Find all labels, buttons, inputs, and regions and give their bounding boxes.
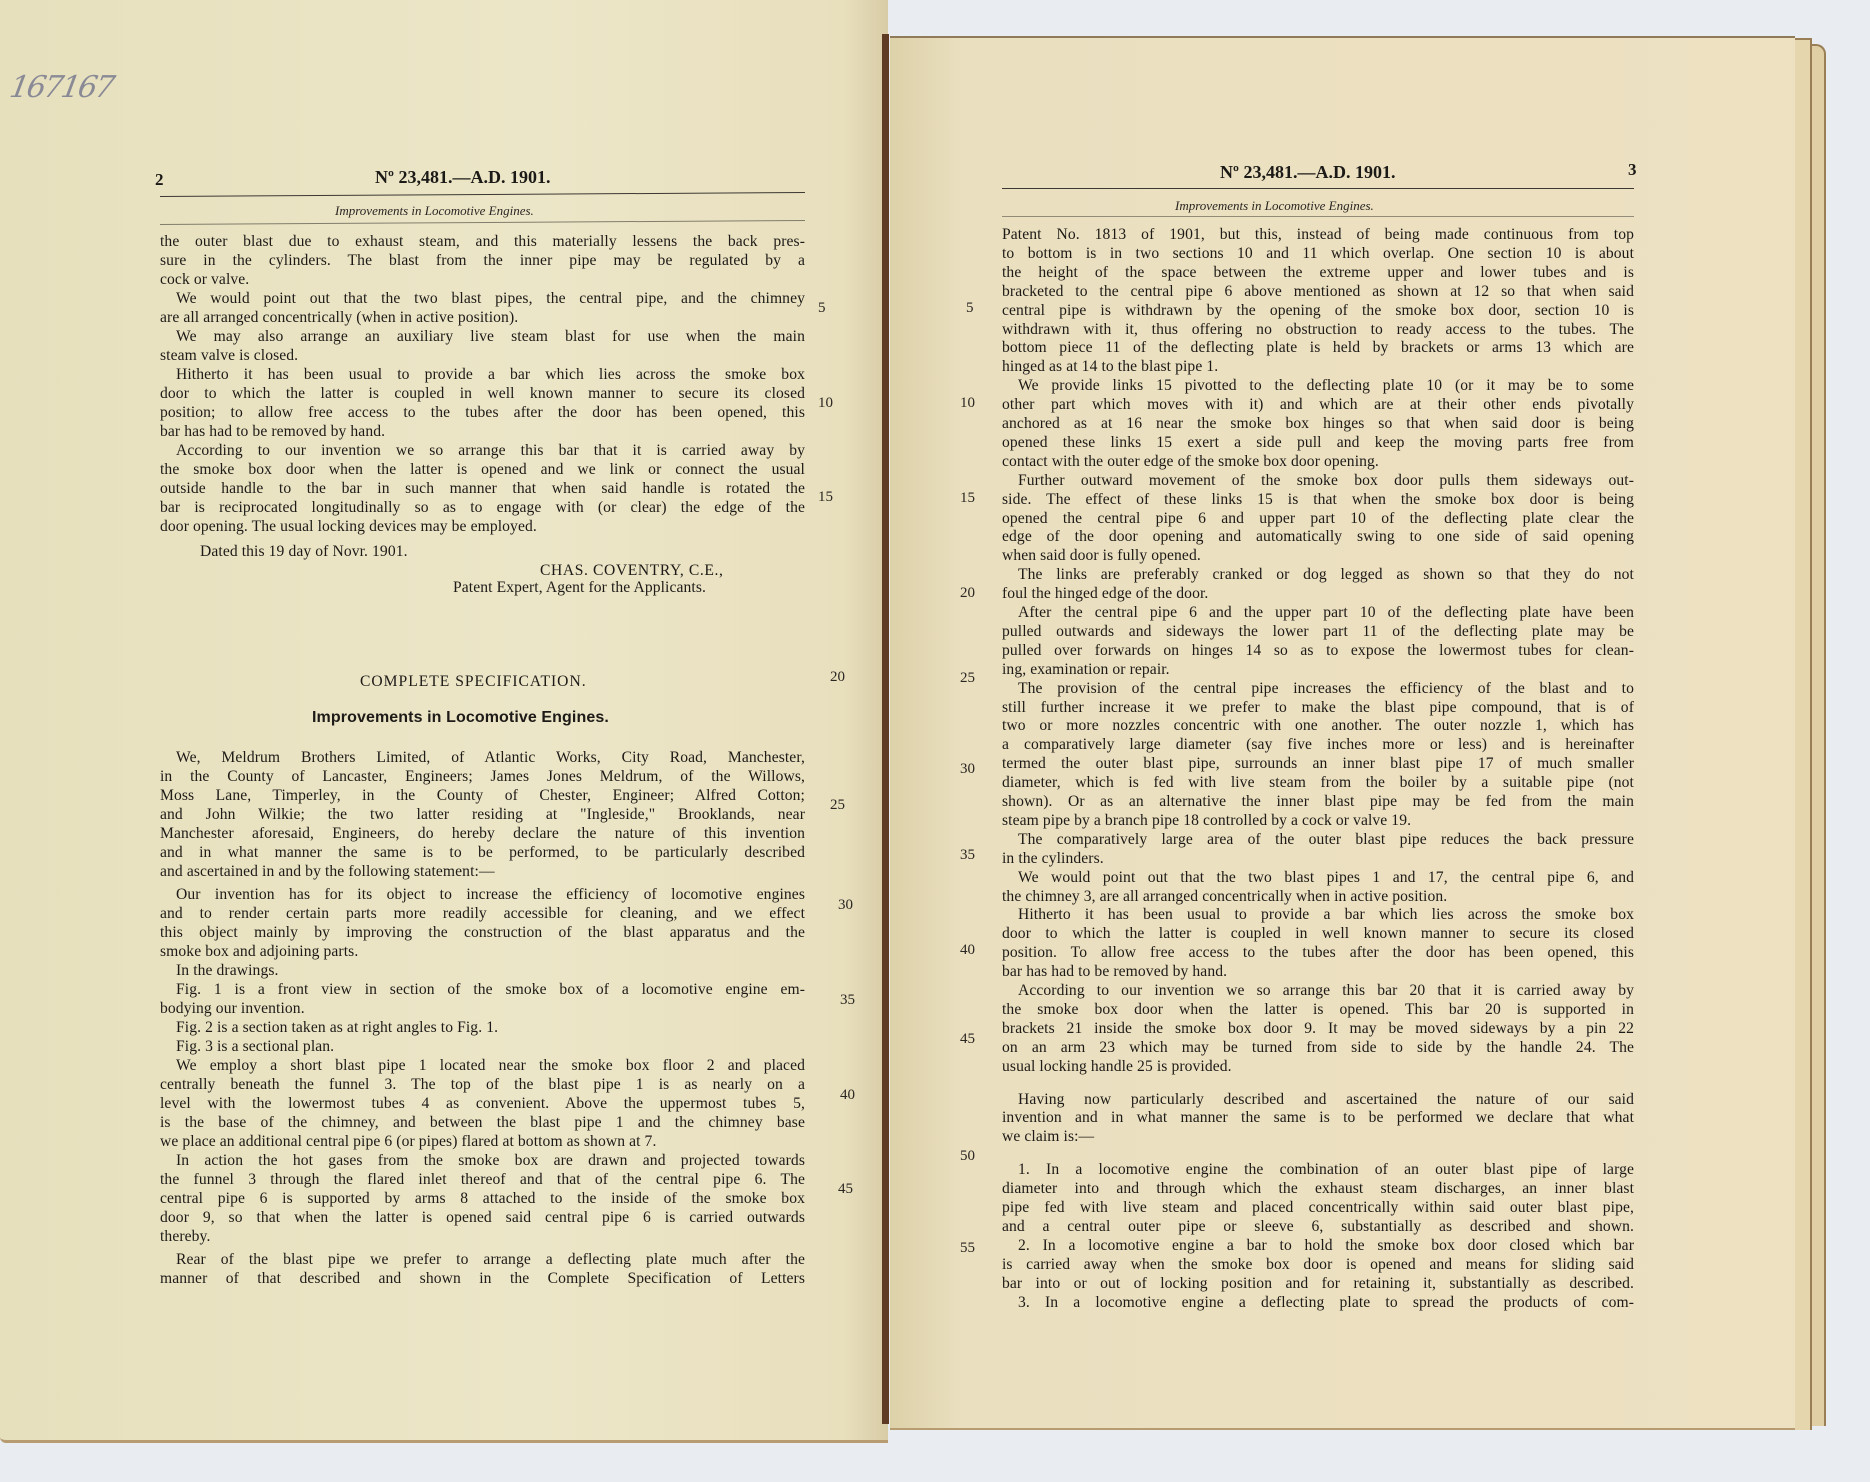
line-number: 20	[960, 585, 975, 602]
line-number: 40	[840, 1087, 855, 1104]
spec-line: and ascertained in and by the following …	[160, 862, 495, 881]
spec-line: In the drawings.	[176, 961, 279, 980]
signature-title: Patent Expert, Agent for the Applicants.	[453, 578, 706, 597]
body-line: We would point out that the two blast pi…	[176, 289, 805, 308]
claim-line: diameter into and through which the exha…	[1002, 1179, 1634, 1198]
body-line: brackets 21 inside the smoke box door 9.…	[1002, 1019, 1634, 1038]
spec-line: Our invention has for its object to incr…	[176, 885, 805, 904]
body-line: door to which the latter is coupled in w…	[160, 384, 805, 403]
spec-line: central pipe 6 is supported by arms 8 at…	[160, 1189, 805, 1208]
spec-line: and to render certain parts more readily…	[160, 904, 805, 923]
claim-line: and a central outer pipe or sleeve 6, su…	[1002, 1217, 1634, 1236]
line-number: 50	[960, 1148, 975, 1165]
spec-line: smoke box and adjoining parts.	[160, 942, 358, 961]
header-rule	[1002, 188, 1634, 189]
body-line: sure in the cylinders. The blast from th…	[160, 251, 805, 270]
page-subheader: Improvements in Locomotive Engines.	[1175, 198, 1374, 214]
body-line: opened the central pipe 6 and upper part…	[1002, 509, 1634, 528]
spec-line: door 9, so that when the latter is opene…	[160, 1208, 805, 1227]
spec-line: level with the lowermost tubes 4 as conv…	[160, 1094, 805, 1113]
body-line: Hitherto it has been usual to provide a …	[176, 365, 805, 384]
claim-line: is carried away when the smoke box door …	[1002, 1255, 1634, 1274]
body-line: cock or valve.	[160, 270, 249, 289]
body-line: in the cylinders.	[1002, 849, 1104, 868]
claims-intro-line: invention and in what manner the same is…	[1002, 1108, 1634, 1127]
line-number: 5	[818, 300, 826, 317]
claim-line: 2. In a locomotive engine a bar to hold …	[1018, 1236, 1634, 1255]
body-line: bracketed to the central pipe 6 above me…	[1002, 282, 1634, 301]
body-line: edge of the door opening and automatical…	[1002, 527, 1634, 546]
line-number: 30	[838, 897, 853, 914]
body-line: the smoke box door when the latter is op…	[160, 460, 805, 479]
line-number: 45	[960, 1031, 975, 1048]
spec-line: bodying our invention.	[160, 999, 305, 1018]
body-line: We provide links 15 pivotted to the defl…	[1018, 376, 1634, 395]
body-line: We may also arrange an auxiliary live st…	[176, 327, 805, 346]
page-number: 2	[155, 170, 164, 190]
line-number: 30	[960, 761, 975, 778]
spec-line: manner of that described and shown in th…	[160, 1269, 805, 1288]
body-line: door to which the latter is coupled in w…	[1002, 924, 1634, 943]
body-line: door opening. The usual locking devices …	[160, 517, 537, 536]
spec-line: In action the hot gases from the smoke b…	[176, 1151, 805, 1170]
body-line: anchored as at 16 near the smoke box hin…	[1002, 414, 1634, 433]
line-number: 15	[818, 489, 833, 506]
body-line: steam pipe by a branch pipe 18 controlle…	[1002, 811, 1411, 830]
body-line: the height of the space between the extr…	[1002, 263, 1634, 282]
body-line: still further increase it we prefer to m…	[1002, 698, 1634, 717]
body-line: other part which moves with it) and whic…	[1002, 395, 1634, 414]
body-line: position; to allow free access to the tu…	[160, 403, 805, 422]
body-line: ing, examination or repair.	[1002, 660, 1170, 679]
spec-line: Fig. 2 is a section taken as at right an…	[176, 1018, 498, 1037]
claim-line: pipe fed with live steam and placed conc…	[1002, 1198, 1634, 1217]
claim-line: 1. In a locomotive engine the combinatio…	[1018, 1160, 1634, 1179]
body-line: shown). Or as an alternative the inner b…	[1002, 792, 1634, 811]
page-header: Nº 23,481.—A.D. 1901.	[1220, 162, 1395, 183]
body-line: We would point out that the two blast pi…	[1018, 868, 1634, 887]
body-line: After the central pipe 6 and the upper p…	[1018, 603, 1634, 622]
right-page: Nº 23,481.—A.D. 1901. 3 Improvements in …	[890, 36, 1795, 1430]
body-line: Hitherto it has been usual to provide a …	[1018, 905, 1634, 924]
body-line: steam valve is closed.	[160, 346, 298, 365]
spec-line: centrally beneath the funnel 3. The top …	[160, 1075, 805, 1094]
spec-line: Manchester aforesaid, Engineers, do here…	[160, 824, 805, 843]
body-line: diameter, which is fed with live steam f…	[1002, 773, 1634, 792]
spec-line: Rear of the blast pipe we prefer to arra…	[176, 1250, 805, 1269]
body-line: The links are preferably cranked or dog …	[1018, 565, 1634, 584]
body-line: The comparatively large area of the oute…	[1018, 830, 1634, 849]
body-line: foul the hinged edge of the door.	[1002, 584, 1208, 603]
body-line: position. To allow free access to the tu…	[1002, 943, 1634, 962]
body-line: pulled over forwards on hinges 14 so as …	[1002, 641, 1634, 660]
body-line: the chimney 3, are all arranged concentr…	[1002, 887, 1447, 906]
body-line: The provision of the central pipe increa…	[1018, 679, 1634, 698]
body-line: the smoke box door when the latter is op…	[1002, 1000, 1634, 1019]
page-number: 3	[1628, 160, 1637, 180]
dated-line: Dated this 19 day of Novr. 1901.	[200, 542, 408, 561]
page-subheader: Improvements in Locomotive Engines.	[335, 203, 534, 219]
line-number: 20	[830, 669, 845, 686]
header-rule	[160, 192, 805, 197]
spec-line: We, Meldrum Brothers Limited, of Atlanti…	[176, 748, 805, 767]
line-number: 10	[960, 395, 975, 412]
spec-line: we place an additional central pipe 6 (o…	[160, 1132, 656, 1151]
body-line: bar has had to be removed by hand.	[1002, 962, 1227, 981]
body-line: two or more nozzles concentric with one …	[1002, 716, 1634, 735]
spec-line: is the base of the chimney, and between …	[160, 1113, 805, 1132]
body-line: to bottom is in two sections 10 and 11 w…	[1002, 244, 1634, 263]
body-line: bar has had to be removed by hand.	[160, 422, 385, 441]
body-line: According to our invention we so arrange…	[1018, 981, 1634, 1000]
spec-line: We employ a short blast pipe 1 located n…	[176, 1056, 805, 1075]
spec-line: in the County of Lancaster, Engineers; J…	[160, 767, 805, 786]
body-line: on an arm 23 which may be turned from si…	[1002, 1038, 1634, 1057]
handwritten-note: 167167	[7, 70, 116, 105]
body-line: withdrawn with it, thus offering no obst…	[1002, 320, 1634, 339]
line-number: 35	[840, 992, 855, 1009]
line-number: 15	[960, 490, 975, 507]
body-line: the outer blast due to exhaust steam, an…	[160, 232, 805, 251]
body-line: are all arranged concentrically (when in…	[160, 308, 518, 327]
spec-line: Moss Lane, Timperley, in the County of C…	[160, 786, 805, 805]
body-line: hinged as at 14 to the blast pipe 1.	[1002, 357, 1218, 376]
line-number: 25	[960, 670, 975, 687]
body-line: opened these links 15 exert a side pull …	[1002, 433, 1634, 452]
body-line: termed the outer blast pipe, surrounds a…	[1002, 754, 1634, 773]
body-line: outside handle to the bar in such manner…	[160, 479, 805, 498]
spec-line: this object mainly by improving the cons…	[160, 923, 805, 942]
body-line: a comparatively large diameter (say five…	[1002, 735, 1634, 754]
spec-title: Improvements in Locomotive Engines.	[312, 708, 609, 727]
body-line: pulled outwards and sideways the lower p…	[1002, 622, 1634, 641]
body-line: bar is reciprocated longitudinally so as…	[160, 498, 805, 517]
line-number: 40	[960, 942, 975, 959]
spec-line: Fig. 3 is a sectional plan.	[176, 1037, 334, 1056]
body-line: side. The effect of these links 15 is th…	[1002, 490, 1634, 509]
spec-line: Fig. 1 is a front view in section of the…	[176, 980, 805, 999]
book-spine	[882, 34, 889, 1424]
line-number: 55	[960, 1240, 975, 1257]
spec-line: and in what manner the same is to be per…	[160, 843, 805, 862]
spec-line: thereby.	[160, 1227, 210, 1246]
claim-line: 3. In a locomotive engine a deflecting p…	[1018, 1293, 1634, 1312]
claim-line: bar into or out of locking position and …	[1002, 1274, 1634, 1293]
body-line: usual locking handle 25 is provided.	[1002, 1057, 1232, 1076]
page-header: Nº 23,481.—A.D. 1901.	[375, 167, 550, 188]
spec-line: the funnel 3 through the flared inlet th…	[160, 1170, 805, 1189]
left-page: 167167 2 Nº 23,481.—A.D. 1901. Improveme…	[0, 0, 888, 1443]
line-number: 25	[830, 797, 845, 814]
spec-heading: COMPLETE SPECIFICATION.	[360, 672, 587, 691]
subheader-rule	[1002, 216, 1634, 217]
line-number: 45	[838, 1181, 853, 1198]
line-number: 5	[966, 300, 974, 317]
body-line: central pipe is withdrawn by the opening…	[1002, 301, 1634, 320]
body-line: According to our invention we so arrange…	[176, 441, 805, 460]
claims-intro-line: Having now particularly described and as…	[1018, 1090, 1634, 1109]
subheader-rule	[160, 220, 805, 225]
body-line: bottom piece 11 of the deflecting plate …	[1002, 338, 1634, 357]
body-line: contact with the outer edge of the smoke…	[1002, 452, 1379, 471]
body-line: when said door is fully opened.	[1002, 546, 1201, 565]
spec-line: and John Wilkie; the two latter residing…	[160, 805, 805, 824]
line-number: 10	[818, 395, 833, 412]
claims-intro-line: we claim is:—	[1002, 1127, 1094, 1146]
body-line: Further outward movement of the smoke bo…	[1018, 471, 1634, 490]
body-line: Patent No. 1813 of 1901, but this, inste…	[1002, 225, 1634, 244]
line-number: 35	[960, 847, 975, 864]
